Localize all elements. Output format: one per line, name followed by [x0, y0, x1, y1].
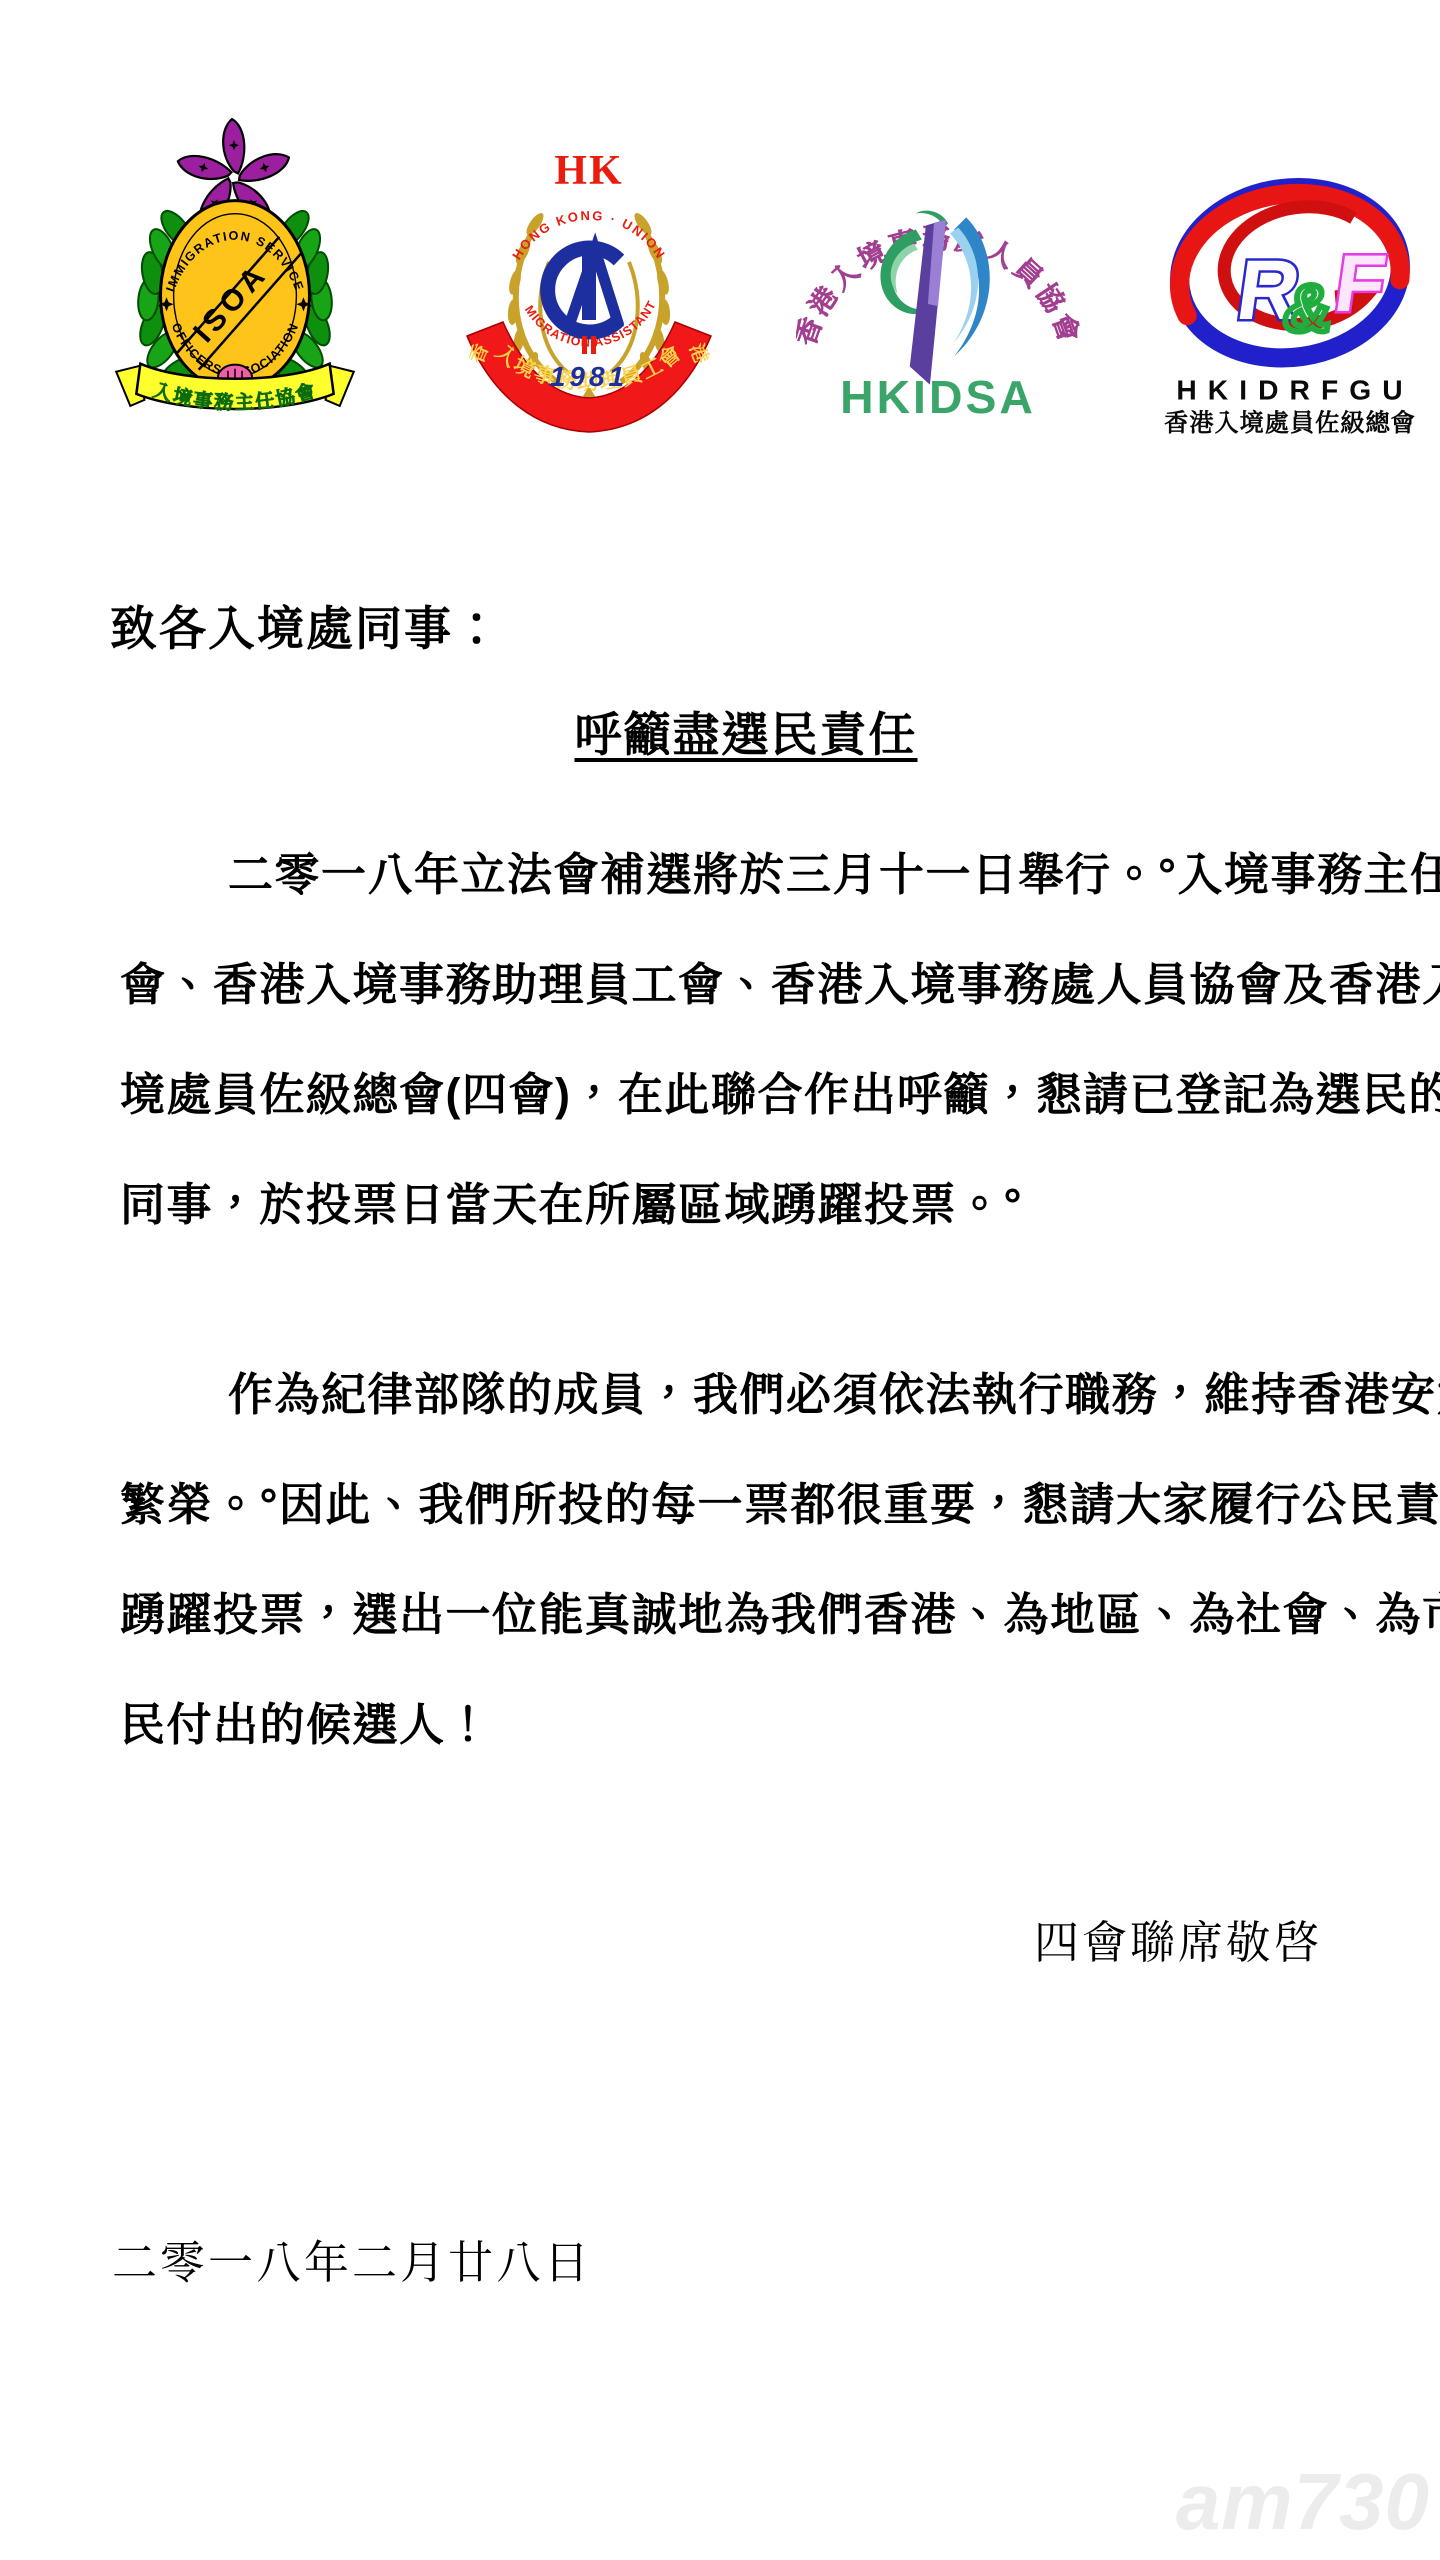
salutation: 致各入境處同事： [110, 592, 502, 659]
hkiau-monogram-icon [548, 246, 619, 332]
paragraph2-line4: 民付出的候選人！ [120, 1688, 492, 1753]
hkiau-emblem-icon: HK HONG KONG · UNION IMMIGRATION ASSISTA… [436, 140, 742, 440]
paragraph2-line2: 繁榮。°因此、我們所投的每一票都很重要，懇請大家履行公民責任 [120, 1468, 1440, 1533]
hkidsa-emblem-icon: 香港入境事務處人員協會 HKIDSA [796, 165, 1080, 427]
hkidrfgu-acronym-text: HKIDRFGU [1176, 374, 1413, 406]
letter-title: 呼籲盡選民責任 [26, 698, 1440, 765]
hkidrfgu-caption-text: 香港入境處員佐級總會 [1164, 409, 1416, 437]
logo-hkidsa: 香港入境事務處人員協會 HKIDSA [796, 165, 1080, 427]
rf-ampersand: & [1279, 272, 1337, 346]
paragraph2-line3: 踴躍投票，選出一位能真誠地為我們香港、為地區、為社會、為市 [120, 1578, 1440, 1643]
paragraph1-line3: 境處員佐級總會(四會)，在此聯合作出呼籲，懇請已登記為選民的 [120, 1058, 1440, 1123]
signature: 四會聯席敬啓 [0, 1906, 1322, 1971]
logo-hkidrfgu: R & F HKIDRFGU 香港入境處員佐級總會 [1154, 172, 1426, 446]
isoa-emblem-icon: IMMIGRATION SERVICE OFFICERS ASSOCIATION… [106, 112, 364, 414]
paragraph1-line1: 二零一八年立法會補選將於三月十一日舉行。°入境事務主任協 [228, 838, 1440, 903]
paragraph1-line4: 同事，於投票日當天在所屬區域踴躍投票。° [120, 1168, 1023, 1233]
hkiau-crown-text: HK [554, 148, 623, 194]
paragraph1-line2: 會、香港入境事務助理員工會、香港入境事務處人員協會及香港入 [120, 948, 1440, 1013]
letter-title-text: 呼籲盡選民責任 [575, 708, 918, 761]
hkiau-year-text: 1981 [550, 361, 628, 392]
hkiau-ring-bottom-text: IMMIGRATION ASSISTANTS [436, 140, 659, 350]
paragraph2-line1: 作為紀律部隊的成員，我們必須依法執行職務，維持香港安定 [228, 1358, 1440, 1423]
letter-page: IMMIGRATION SERVICE OFFICERS ASSOCIATION… [0, 0, 1440, 2560]
logo-hk-immigration-assistants-union: HK HONG KONG · UNION IMMIGRATION ASSISTA… [436, 140, 742, 440]
hkidsa-caption-text: HKIDSA [840, 371, 1036, 423]
am730-watermark: am730 [1176, 2456, 1430, 2548]
logo-immigration-service-officers-association: IMMIGRATION SERVICE OFFICERS ASSOCIATION… [106, 112, 364, 414]
date-line: 二零一八年二月廿八日 [112, 2226, 592, 2291]
svg-text:IMMIGRATION ASSISTANTS: IMMIGRATION ASSISTANTS [436, 140, 659, 350]
hkidrfgu-emblem-icon: R & F HKIDRFGU 香港入境處員佐級總會 [1154, 172, 1426, 446]
